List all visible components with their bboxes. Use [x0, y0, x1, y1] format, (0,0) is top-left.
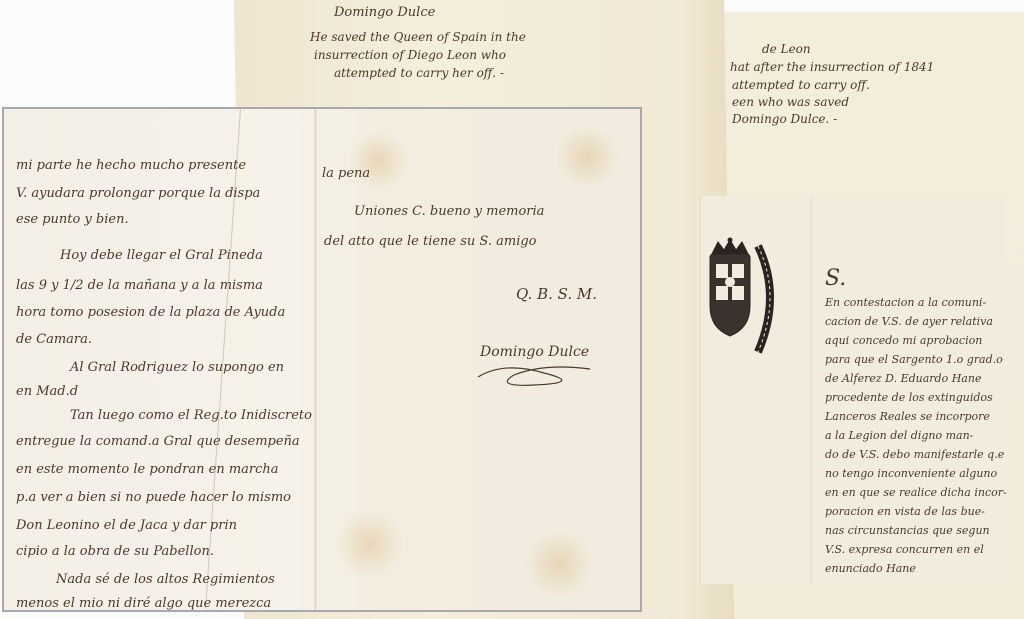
seal-letter-line: poracion en vista de las bue- [825, 505, 985, 519]
note-right-line: Domingo Dulce. - [732, 112, 837, 126]
paper-crease [205, 109, 241, 609]
seal-letter-line: para que el Sargento 1.o grad.o [825, 353, 1003, 367]
letter-line: la pena [322, 167, 370, 181]
letter-line: Nada sé de los altos Regimientos [56, 573, 275, 587]
wax-stain [334, 509, 404, 579]
letter-line: del atto que le tiene su S. amigo [324, 235, 537, 249]
letter-line: ese punto y bien. [16, 213, 129, 227]
letter-line: Al Gral Rodriguez lo supongo en [70, 361, 284, 375]
center-fold [314, 109, 317, 610]
letter-line: cipio a la obra de su Pabellon. [16, 545, 214, 559]
letter-line: menos el mio ni diré algo que merezca [16, 597, 271, 611]
letter-line: Hoy debe llegar el Gral Pineda [60, 249, 263, 263]
letter-line: las 9 y 1/2 de la mañana y a la misma [16, 279, 263, 293]
spanish-letter-front-sheet: mi parte he hecho mucho presente V. ayud… [2, 107, 642, 612]
seal-letter-line: nas circunstancias que segun [825, 524, 990, 538]
letter-line: de Camara. [16, 333, 92, 347]
note-right-line: een who was saved [732, 95, 849, 109]
seal-letter-line: de Alferez D. Eduardo Hane [825, 372, 981, 386]
note-line: He saved the Queen of Spain in the [310, 30, 526, 44]
wax-stain [348, 131, 408, 191]
seal-letter-line: En contestacion a la comuni- [825, 296, 986, 310]
letter-line: en este momento le pondran en marcha [16, 463, 279, 477]
letter-closing: Q. B. S. M. [516, 287, 597, 301]
note-title: Domingo Dulce [334, 6, 435, 20]
seal-letter-line: enunciado Hane [825, 562, 916, 576]
royal-seal-icon [702, 236, 780, 356]
seal-letter-line: a la Legion del digno man- [825, 429, 973, 443]
seal-letter-line: V.S. expresa concurren en el [825, 543, 984, 557]
letter-line: entregue la comand.a Gral que desempeña [16, 435, 300, 449]
signature-flourish-icon [474, 359, 594, 389]
salutation: S. [825, 272, 846, 286]
letter-line: mi parte he hecho mucho presente [16, 159, 246, 173]
letter-line: Tan luego como el Reg.to Inidiscreto [70, 409, 312, 423]
letter-line: Don Leonino el de Jaca y dar prin [16, 519, 237, 533]
letter-line: p.a ver a bien si no puede hacer lo mism… [16, 491, 291, 505]
note-right-line: attempted to carry off. [732, 78, 870, 92]
note-line: insurrection of Diego Leon who [314, 48, 506, 62]
note-line: attempted to carry her off. - [334, 66, 504, 80]
wax-stain [524, 529, 594, 599]
seal-letter-line: Lanceros Reales se incorpore [825, 410, 990, 424]
letter-line: V. ayudara prolongar porque la dispa [16, 187, 260, 201]
seal-letter-line: aqui concedo mi aprobacion [825, 334, 982, 348]
note-right-line: de Leon [762, 42, 811, 56]
letter-line: hora tomo posesion de la plaza de Ayuda [16, 306, 285, 320]
note-right-line: hat after the insurrection of 1841 [730, 60, 934, 74]
seal-letter-line: no tengo inconveniente alguno [825, 467, 997, 481]
seal-letter-line: do de V.S. debo manifestarle q.e [825, 448, 1004, 462]
seal-letter-line: procedente de los extinguidos [825, 391, 993, 405]
seal-letter-line: cacion de V.S. de ayer relativa [825, 315, 993, 329]
seal-letter-line: en en que se realice dicha incor- [825, 486, 1007, 500]
letter-line: Uniones C. bueno y memoria [354, 205, 544, 219]
signature: Domingo Dulce [480, 345, 589, 359]
wax-stain [552, 127, 622, 187]
fold-line [811, 196, 812, 584]
letter-line: en Mad.d [16, 385, 78, 399]
